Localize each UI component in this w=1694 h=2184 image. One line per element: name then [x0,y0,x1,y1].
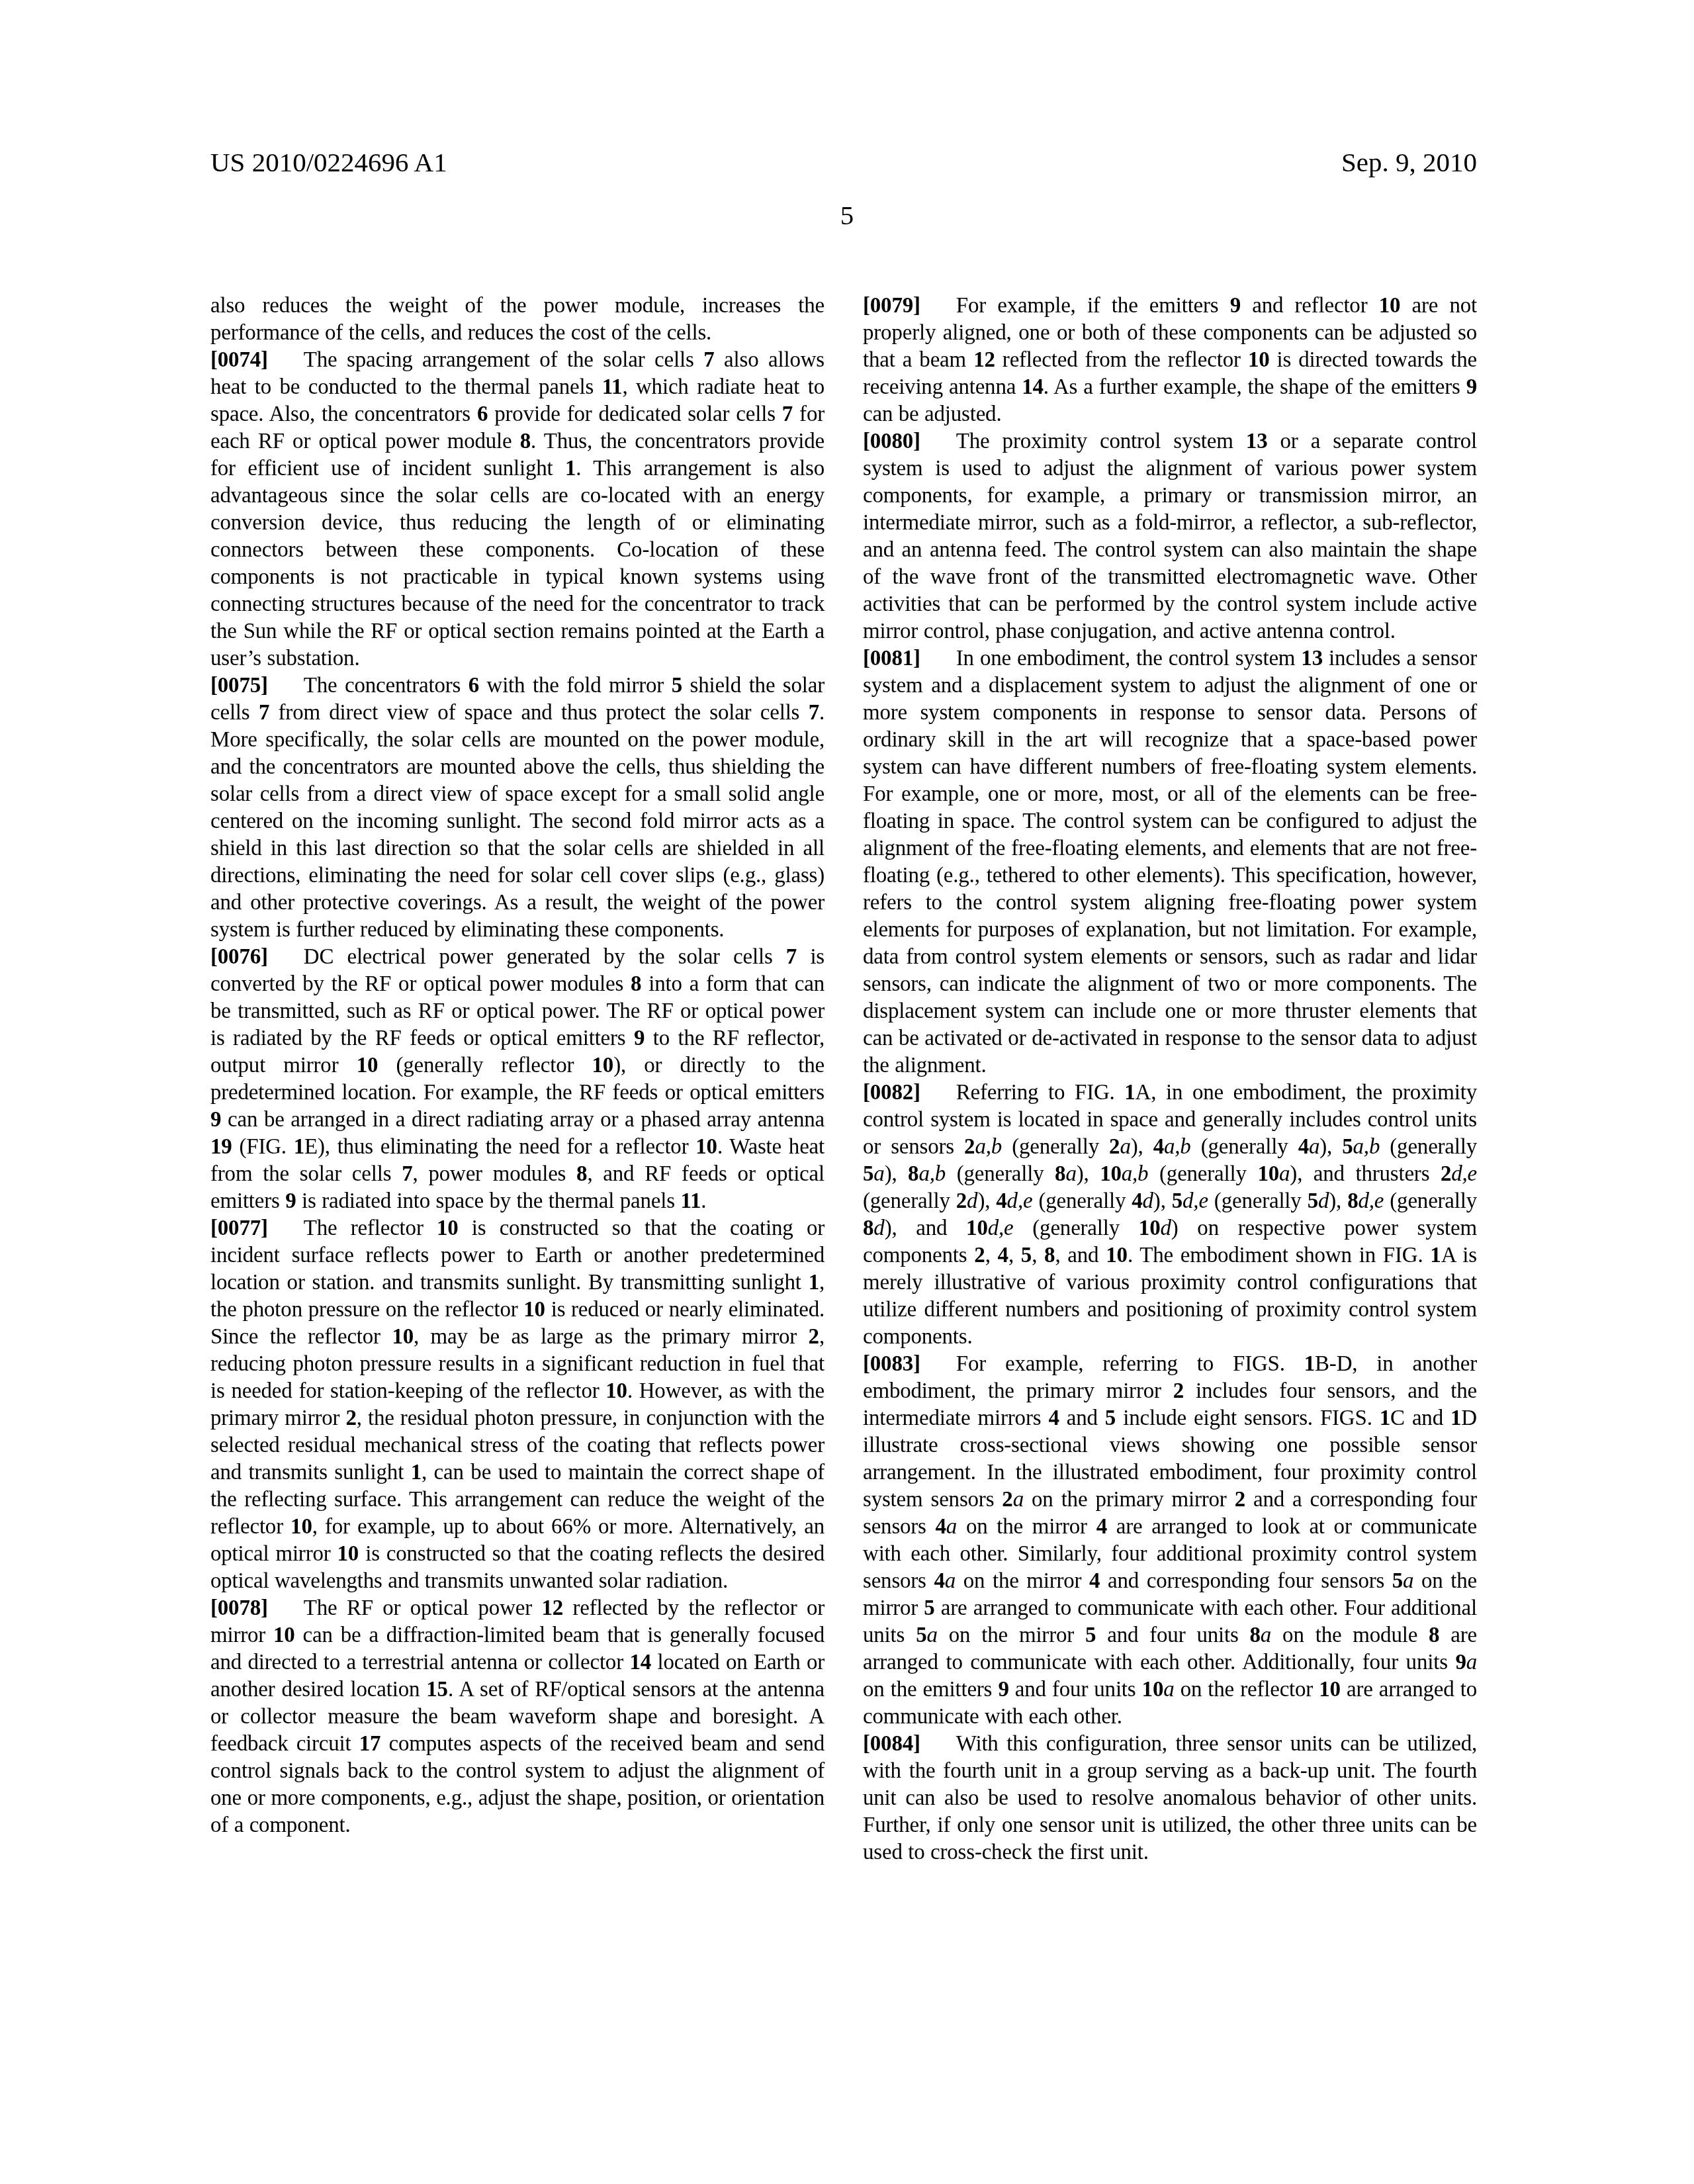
text-run: on the module [1271,1623,1429,1647]
text-run: d [873,1216,884,1240]
page-number: 5 [0,200,1694,230]
text-run: 7 [786,945,797,969]
text-run: d [1318,1189,1329,1213]
paragraph-0077: [0077]The reflector 10 is constructed so… [210,1215,825,1595]
text-run: 4 [1048,1406,1059,1430]
text-run: (generally reflector [378,1054,592,1077]
text-run: 5 [916,1623,926,1647]
text-run: 8 [863,1216,873,1240]
text-run: . As a further example, the shape of the… [1044,375,1466,399]
paragraph-number: [0078] [210,1596,268,1620]
text-run: a [1261,1623,1271,1647]
text-run: 1 [411,1461,422,1484]
text-run: 5 [1172,1189,1182,1213]
text-run: 2 [345,1406,356,1430]
text-run: 5 [672,674,682,698]
text-run: reflected from the reflector [995,348,1248,372]
text-run: 7 [809,701,819,725]
text-run: 10 [1319,1678,1341,1702]
text-run: ), [1319,1135,1342,1159]
paragraph-number: [0083] [863,1352,920,1376]
text-run: ), [885,1162,908,1186]
paragraph-0083: [0083]For example, referring to FIGS. 1B… [863,1351,1477,1731]
text-run: and corresponding four sensors [1100,1569,1392,1593]
page-header: US 2010/0224696 A1 Sep. 9, 2010 [210,147,1477,177]
text-run: or a separate control system is used to … [863,430,1477,643]
text-run: d,e [988,1216,1014,1240]
paragraph-number: [0080] [863,430,920,453]
text-run: 10 [1248,348,1270,372]
text-run: 5 [1085,1623,1096,1647]
text-run: 9 [285,1189,296,1213]
text-run: 14 [629,1651,651,1674]
text-run: from direct view of space and thus prote… [269,701,808,725]
text-run: (generally [1032,1189,1132,1213]
text-run: . The embodiment shown in FIG. [1128,1244,1430,1267]
text-run: a [1403,1569,1413,1593]
text-run: 1 [1124,1081,1135,1105]
text-run: 2 [1109,1135,1120,1159]
text-run: 8 [631,972,641,996]
text-run: a,b [1164,1135,1191,1159]
text-run: is constructed so that the coating or in… [210,1216,825,1295]
text-run: (generally [1380,1135,1477,1159]
text-run: a [1466,1651,1477,1674]
text-run: 10 [337,1542,359,1566]
text-run: 13 [1301,647,1323,670]
text-run: d,e [1007,1189,1033,1213]
text-run: The proximity control system [956,430,1246,453]
text-run: d [1143,1189,1153,1213]
paragraph-number: [0079] [863,294,920,318]
text-run: DC electrical power generated by the sol… [304,945,786,969]
text-run: 2 [1441,1162,1451,1186]
text-run: a [1013,1488,1024,1512]
text-run: The concentrators [304,674,468,698]
text-run: can be adjusted. [863,402,1001,426]
text-run: 10 [437,1216,459,1240]
text-run: ), [1329,1189,1347,1213]
text-run: a,b [975,1135,1002,1159]
text-run: also reduces the weight of the power mod… [210,294,825,345]
text-run: 7 [402,1162,412,1186]
text-run: on the mirror [957,1515,1096,1539]
text-run: 8 [908,1162,918,1186]
text-run: 8 [1055,1162,1065,1186]
text-run: 9 [1230,294,1241,318]
text-run: 8 [1429,1623,1439,1647]
paragraph-0076: [0076]DC electrical power generated by t… [210,944,825,1215]
text-run: The spacing arrangement of the solar cel… [304,348,703,372]
text-run: 4 [996,1189,1006,1213]
text-run: 8 [520,430,531,453]
text-run: 1 [809,1271,819,1295]
text-run: and reflector [1241,294,1379,318]
text-run: a [1163,1678,1174,1702]
text-run: 1 [1450,1406,1461,1430]
text-run: 9 [634,1026,645,1050]
text-run: ), [1077,1162,1100,1186]
text-run: E), thus eliminating the need for a refl… [304,1135,695,1159]
text-run: (generally [1191,1135,1298,1159]
text-run: , [1032,1244,1044,1267]
text-run: 4 [1298,1135,1309,1159]
text-run: 5 [1021,1244,1032,1267]
left-column: also reduces the weight of the power mod… [210,293,825,1866]
text-run: 13 [1246,430,1268,453]
text-run: 2 [1173,1379,1184,1403]
text-run: (FIG. [232,1135,294,1159]
text-run: ), and [885,1216,966,1240]
text-run: 9 [1455,1651,1466,1674]
text-run: C and [1390,1406,1450,1430]
text-run: In one embodiment, the control system [956,647,1302,670]
text-run: 10 [1257,1162,1279,1186]
paragraph-0084: [0084]With this configuration, three sen… [863,1731,1477,1866]
text-run: 8 [1044,1244,1055,1267]
text-run: 4 [1132,1189,1142,1213]
text-run: ), [1153,1189,1172,1213]
text-run: 10 [290,1515,312,1539]
text-run: is radiated into space by the thermal pa… [296,1189,681,1213]
text-run: 10 [392,1325,414,1349]
paragraph-0075: [0075]The concentrators 6 with the fold … [210,672,825,944]
text-run: 1 [1304,1352,1315,1376]
paragraph-0081: [0081]In one embodiment, the control sys… [863,645,1477,1079]
text-run: 10 [523,1298,545,1322]
text-run: 7 [259,701,269,725]
text-run: 10 [1142,1678,1164,1702]
text-run: include eight sensors. FIGS. [1116,1406,1380,1430]
paragraph-0082: [0082]Referring to FIG. 1A, in one embod… [863,1079,1477,1351]
text-run: 5 [863,1162,873,1186]
text-run: , and [1055,1244,1106,1267]
text-run: on the mirror [956,1569,1089,1593]
text-run: 10 [1106,1244,1128,1267]
text-run: d [967,1189,977,1213]
text-run: (generally [1208,1189,1308,1213]
text-run: . This arrangement is also advantageous … [210,457,825,670]
paragraph-0078: [0078]The RF or optical power 12 reflect… [210,1595,825,1839]
text-run: a [1279,1162,1290,1186]
patent-publication-number: US 2010/0224696 A1 [210,147,447,177]
text-run: a [873,1162,884,1186]
text-run: With this configuration, three sensor un… [863,1732,1477,1864]
text-run: d,e [1358,1189,1384,1213]
text-run: (generally [1014,1216,1139,1240]
text-run: ), [1131,1135,1153,1159]
paragraph-number: [0075] [210,674,268,698]
text-run: a [945,1569,956,1593]
text-run: a,b [1122,1162,1149,1186]
text-run: 8 [1347,1189,1358,1213]
text-run: ), and thrusters [1290,1162,1441,1186]
text-run: 2 [809,1325,819,1349]
text-run: 8 [576,1162,587,1186]
text-run: 6 [477,402,488,426]
text-run: 5 [1308,1189,1318,1213]
text-run: 7 [703,348,714,372]
text-run: 4 [1096,1515,1107,1539]
text-run: 10 [695,1135,717,1159]
text-run: The reflector [304,1216,437,1240]
text-run: 11 [680,1189,701,1213]
text-run: 10 [966,1216,988,1240]
text-run: d [1160,1216,1171,1240]
text-run: (generally [1384,1189,1477,1213]
text-run: . More specifically, the solar cells are… [210,701,825,942]
text-run: , may be as large as the primary mirror [414,1325,809,1349]
text-run: (generally [1002,1135,1109,1159]
text-run: 10 [1139,1216,1161,1240]
text-run: 2 [964,1135,975,1159]
text-run: For example, if the emitters [956,294,1230,318]
text-run: 1 [1380,1406,1390,1430]
paragraph-number: [0084] [863,1732,920,1756]
text-run: (generally [863,1189,956,1213]
text-run: includes a sensor system and a displacem… [863,647,1477,1077]
text-run: a [1065,1162,1076,1186]
text-run: with the fold mirror [479,674,672,698]
text-run: 12 [541,1596,563,1620]
text-run: 8 [1250,1623,1261,1647]
text-run: , power modules [413,1162,577,1186]
text-run: 4 [998,1244,1008,1267]
text-run: 10 [592,1054,614,1077]
text-run: 19 [210,1135,232,1159]
text-run: 5 [1392,1569,1403,1593]
text-run: on the emitters [863,1678,998,1702]
text-run: 1 [565,457,576,480]
text-run: 9 [998,1678,1008,1702]
paragraph-continued: also reduces the weight of the power mod… [210,293,825,347]
text-run: 2 [956,1189,967,1213]
text-run: and [1059,1406,1105,1430]
paragraph-0079: [0079]For example, if the emitters 9 and… [863,293,1477,428]
text-run: 4 [936,1515,946,1539]
text-run: ), [977,1189,996,1213]
text-run: 10 [357,1054,379,1077]
text-run: 7 [782,402,793,426]
text-run: 17 [359,1732,381,1756]
paragraph-number: [0081] [863,647,920,670]
publication-date: Sep. 9, 2010 [1341,147,1477,177]
text-run: 2 [1235,1488,1245,1512]
paragraph-number: [0074] [210,348,268,372]
text-run: a [946,1515,957,1539]
text-run: d,e [1451,1162,1477,1186]
text-run: 14 [1022,375,1044,399]
text-run: 6 [468,674,479,698]
text-run: 1 [1430,1244,1441,1267]
text-run: The RF or optical power [304,1596,542,1620]
text-run: 12 [973,348,995,372]
text-run: on the primary mirror [1024,1488,1235,1512]
text-run: , [985,1244,998,1267]
text-run: on the mirror [938,1623,1085,1647]
text-run: 9 [1466,375,1477,399]
text-run: 2 [974,1244,985,1267]
paragraph-number: [0076] [210,945,268,969]
text-run: (generally [1148,1162,1257,1186]
right-column: [0079]For example, if the emitters 9 and… [863,293,1477,1866]
paragraph-number: [0077] [210,1216,268,1240]
text-run: For example, referring to FIGS. [956,1352,1304,1376]
text-run: 4 [934,1569,944,1593]
text-run: , [1008,1244,1021,1267]
text-run: a,b [918,1162,946,1186]
text-run: 15 [426,1678,448,1702]
text-run: 10 [605,1379,627,1403]
text-run: 1 [294,1135,304,1159]
text-run: 10 [273,1623,295,1647]
text-run: a,b [1353,1135,1380,1159]
text-run: 5 [924,1596,934,1620]
text-run: 10 [1379,294,1401,318]
text-run: Referring to FIG. [956,1081,1125,1105]
text-run: and four units [1009,1678,1142,1702]
text-run: a [1120,1135,1130,1159]
patent-document-page: US 2010/0224696 A1 Sep. 9, 2010 5 also r… [0,0,1694,2184]
text-run: 10 [1100,1162,1122,1186]
text-run: on the reflector [1175,1678,1319,1702]
paragraph-number: [0082] [863,1081,920,1105]
text-run: 4 [1089,1569,1100,1593]
text-run: and four units [1096,1623,1249,1647]
text-run: can be arranged in a direct radiating ar… [221,1108,825,1132]
text-run: 5 [1105,1406,1116,1430]
body-columns: also reduces the weight of the power mod… [210,293,1477,1866]
text-run: (generally [946,1162,1055,1186]
text-run: 2 [1002,1488,1012,1512]
text-run: 5 [1342,1135,1353,1159]
text-run: d,e [1182,1189,1208,1213]
text-run: provide for dedicated solar cells [488,402,782,426]
text-run: a [1309,1135,1319,1159]
text-run: 11 [602,375,623,399]
paragraph-0080: [0080]The proximity control system 13 or… [863,428,1477,645]
text-run: . [701,1189,706,1213]
text-run: 4 [1153,1135,1164,1159]
text-run: 9 [210,1108,221,1132]
text-run: a [926,1623,937,1647]
paragraph-0074: [0074]The spacing arrangement of the sol… [210,347,825,672]
